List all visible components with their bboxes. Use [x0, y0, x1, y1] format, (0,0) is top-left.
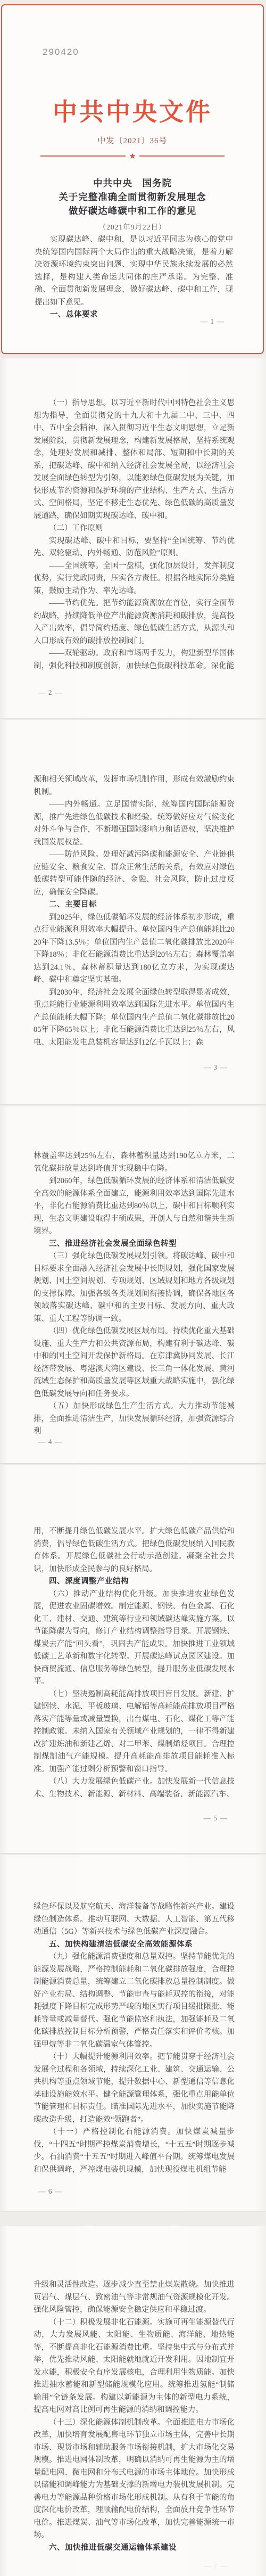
document-paragraph: 实现碳达峰、碳中和，是以习近平同志为核心的党中央统筹国内国际两个大局作出的重大战… — [35, 234, 233, 309]
section-heading: 三、推进经济社会发展全面绿色转型 — [34, 1238, 235, 1251]
document-paragraph: （四）优化绿色低碳发展区域布局。持续优化重大基础设施、重大生产力和公共资源布局，… — [34, 1325, 235, 1400]
document-page: 用，不断提升绿色低碳发展水平。扩大绿色低碳产品供给和消费，倡导绿色低碳生活方式。… — [0, 1465, 266, 1853]
section-heading: 六、加快推进低碳交通运输体系建设 — [34, 2542, 235, 2555]
document-paragraph: （十三）深化能源体制机制改革。全面推进电力市场化改革，加快培育发展配售电环节独立… — [34, 2417, 235, 2542]
document-title-line: 做好碳达峰碳中和工作的意见 — [2, 204, 263, 218]
document-page: 升级和灵活性改造。逐步减少直至禁止煤炭散烧。加快推进页岩气、煤层气、致密油气等非… — [0, 2226, 266, 2576]
document-paragraph: （十一）严格控制化石能源消费。加快煤炭减量步伐，“十四五”时期严控煤炭消费增长，… — [34, 2126, 235, 2176]
document-paragraph: （二）工作原则 — [34, 522, 235, 535]
document-paragraph: 到2030年，经济社会发展全面绿色转型取得显著成效，重点耗能行业能源利用效率达到… — [34, 987, 235, 1049]
document-page: 林覆盖率达到25％左右，森林蓄积量达到190亿立方米，二氧化碳排放量达到峰值并实… — [0, 1106, 266, 1463]
page-number: — 5 — — [204, 1814, 228, 1823]
document-paragraph: ——双轮驱动。政府和市场两手发力，构建新型举国体制，强化科技和制度创新，加快绿色… — [34, 647, 235, 672]
star-divider: ★ — [40, 152, 225, 160]
document-paragraph: 到2060年，绿色低碳循环发展的经济体系和清洁低碳安全高效的能源体系全面建立，能… — [34, 1175, 235, 1238]
document-paragraph: （六）推动产业结构优化升级。加快推进农业绿色发展，促进农业固碳增效。制定能源、钢… — [34, 1588, 235, 1688]
document-paragraph: （一）指导思想。以习近平新时代中国特色社会主义思想为指导，全面贯彻党的十九大和十… — [34, 397, 235, 522]
document-page: （一）指导思想。以习近平新时代中国特色社会主义思想为指导，全面贯彻党的十九大和十… — [0, 358, 266, 718]
document-paragraph: 绿色环保以及航空航天、海洋装备等战略性新兴产业。建设绿色制造体系。推动互联网、大… — [34, 1901, 235, 1939]
document-paragraph: 到2025年，绿色低碳循环发展的经济体系初步形成，重点行业能源利用效率大幅提升。… — [34, 912, 235, 987]
section-heading: 四、深度调整产业结构 — [34, 1576, 235, 1588]
document-paragraph: 实现碳达峰、碳中和目标，要坚持“全国统筹、节约优先、双轮驱动、内外畅通、防范风险… — [34, 535, 235, 560]
document-paragraph: ——防范风险。处理好减污降碳和能源安全、产业链供应链安全、粮食安全、群众正常生活… — [34, 849, 235, 899]
document-paragraph: （八）大力发展绿色低碳产业。加快发展新一代信息技术、生物技术、新能源、新材料、高… — [34, 1776, 235, 1801]
page-number: — 1 — — [201, 317, 225, 326]
section-heading: 二、主要目标 — [34, 899, 235, 912]
page-body-text: 用，不断提升绿色低碳发展水平。扩大绿色低碳产品供给和消费，倡导绿色低碳生活方式。… — [0, 1465, 266, 1801]
scanned-document: 290420 中共中央文件 中发〔2021〕36号 ★ 中共中央 国务院 关于完… — [0, 0, 266, 2576]
page-body-text: 林覆盖率达到25％左右，森林蓄积量达到190亿立方米，二氧化碳排放量达到峰值并实… — [0, 1106, 266, 1438]
document-paragraph: ——全国统筹。全国一盘棋，强化顶层设计，发挥制度优势，实行党政同责，压实各方责任… — [34, 560, 235, 598]
scan-reference-number: 290420 — [43, 47, 79, 58]
document-paragraph: （十二）积极发展非化石能源。实施可再生能源替代行动，大力发展风能、太阳能、生物质… — [34, 2317, 235, 2417]
page-number: — 4 — — [38, 1438, 63, 1446]
document-paragraph: （五）加快形成绿色生产生活方式。大力推动节能减排，全面推进清洁生产，加快发展循环… — [34, 1400, 235, 1438]
masthead-title: 中共中央文件 — [2, 98, 263, 127]
document-cover-page: 290420 中共中央文件 中发〔2021〕36号 ★ 中共中央 国务院 关于完… — [1, 4, 264, 354]
cover-body-text: 实现碳达峰、碳中和，是以习近平同志为核心的党中央统筹国内国际两个大局作出的重大战… — [35, 234, 233, 322]
page-number: — 3 — — [204, 1063, 228, 1072]
document-paragraph: （十）大幅提升能源利用效率。把节能贯穿于经济社会发展全过程和各领域，持续深化工业… — [34, 2051, 235, 2126]
page-number: — 6 — — [38, 2187, 63, 2196]
document-paragraph: ——节约优先。把节约能源资源放在首位，实行全面节约战略，持续降低单位产出能源资源… — [34, 597, 235, 647]
document-paragraph: （九）强化能源消费强度和总量双控。坚持节能优先的能源发展战略，严格控制能耗和二氧… — [34, 1951, 235, 2051]
document-page: 绿色环保以及航空航天、海洋装备等战略性新兴产业。建设绿色制造体系。推动互联网、大… — [0, 1855, 266, 2211]
divider-line-right — [139, 155, 225, 157]
document-paragraph: 用，不断提升绿色低碳发展水平。扩大绿色低碳产品供给和消费，倡导绿色低碳生活方式。… — [34, 1525, 235, 1576]
document-date: （2021年9月22日） — [2, 221, 263, 232]
star-icon: ★ — [126, 152, 139, 160]
document-paragraph: 源和相关领域改革，发挥市场机制作用，形成有效激励约束机制。 — [34, 774, 235, 799]
document-title-line: 关于完整准确全面贯彻新发展理念 — [2, 190, 263, 204]
page-number: — 7 — — [204, 2562, 228, 2571]
document-paragraph: 升级和灵活性改造。逐步减少直至禁止煤炭散烧。加快推进页岩气、煤层气、致密油气等非… — [34, 2279, 235, 2317]
document-page: 源和相关领域改革，发挥市场机制作用，形成有效激励约束机制。——内外畅通。立足国情… — [0, 720, 266, 1104]
document-title-line: 中共中央 国务院 — [2, 176, 263, 190]
divider-line-left — [40, 155, 126, 157]
section-heading: 五、加快构建清洁低碳安全高效能源体系 — [34, 1939, 235, 1951]
document-number: 中发〔2021〕36号 — [2, 136, 263, 146]
page-body-text: 绿色环保以及航空航天、海洋装备等战略性新兴产业。建设绿色制造体系。推动互联网、大… — [0, 1855, 266, 2176]
page-body-text: 升级和灵活性改造。逐步减少直至禁止煤炭散烧。加快推进页岩气、煤层气、致密油气等非… — [0, 2226, 266, 2554]
page-body-text: （一）指导思想。以习近平新时代中国特色社会主义思想为指导，全面贯彻党的十九大和十… — [0, 358, 266, 672]
document-paragraph: ——内外畅通。立足国情实际，统筹国内国际能源资源，推广先进绿色低碳技术和经验。统… — [34, 799, 235, 849]
document-paragraph: 林覆盖率达到25％左右，森林蓄积量达到190亿立方米，二氧化碳排放量达到峰值并实… — [34, 1150, 235, 1175]
page-number: — 2 — — [38, 688, 63, 697]
page-body-text: 源和相关领域改革，发挥市场机制作用，形成有效激励约束机制。——内外畅通。立足国情… — [0, 720, 266, 1049]
document-title: 中共中央 国务院 关于完整准确全面贯彻新发展理念 做好碳达峰碳中和工作的意见 — [2, 176, 263, 218]
document-paragraph: （七）坚决遏制高耗能高排放项目盲目发展。新建、扩建钢铁、水泥、平板玻璃、电解铝等… — [34, 1688, 235, 1776]
document-paragraph: （三）强化绿色低碳发展规划引领。将碳达峰、碳中和目标要求全面融入经济社会发展中长… — [34, 1250, 235, 1325]
